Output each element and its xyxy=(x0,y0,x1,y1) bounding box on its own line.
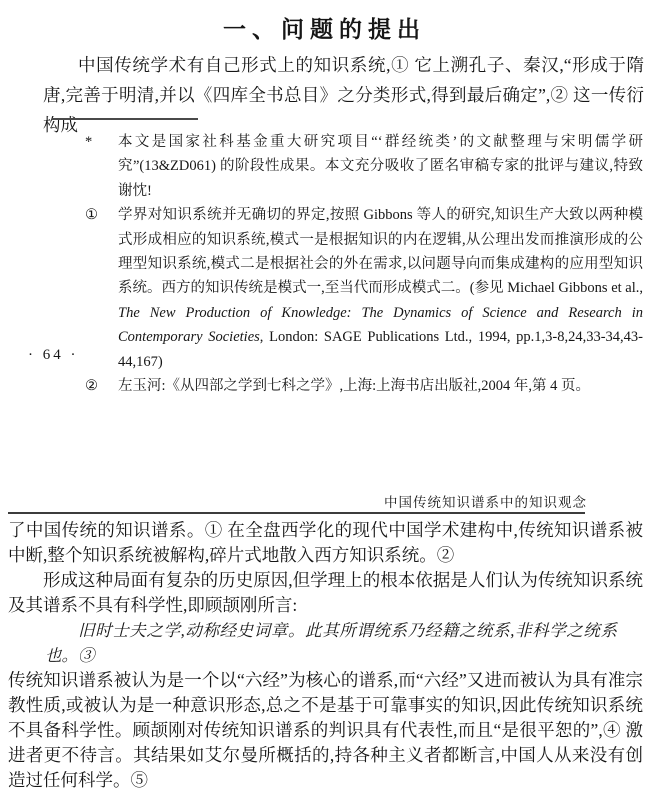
section-heading: 一、问题的提出 xyxy=(0,11,649,44)
footnote-star-text: 本文是国家社科基金重大研究项目“‘群经统类’的文献整理与宋明儒学研究”(13&Z… xyxy=(118,130,643,203)
footnote-1-text: 学界对知识系统并无确切的界定,按照 Gibbons 等人的研究,知识生产大致以两… xyxy=(118,203,643,374)
footnote-star: * 本文是国家社科基金重大研究项目“‘群经统类’的文献整理与宋明儒学研究”(13… xyxy=(85,130,643,203)
paragraph-reason: 形成这种局面有复杂的历史原因,但学理上的根本依据是人们认为传统知识系统及其谱系不… xyxy=(8,568,643,618)
footnote-marker-2: ② xyxy=(85,374,118,398)
paragraph-continuation: 了中国传统的知识谱系。① 在全盘西学化的现代中国学术建构中,传统知识谱系被中断,… xyxy=(8,518,643,568)
paragraph-conclusion: 传统知识谱系被认为是一个以“六经”为核心的谱系,而“六经”又进而被认为具有准宗教… xyxy=(8,668,643,789)
running-header: 中国传统知识谱系中的知识观念 xyxy=(8,491,587,511)
scanned-paper: { "page1": { "section_heading": "一、问题的提出… xyxy=(0,0,649,789)
page-number: · 64 · xyxy=(28,347,79,364)
running-header-rule xyxy=(8,512,585,514)
footnotes-block: * 本文是国家社科基金重大研究项目“‘群经统类’的文献整理与宋明儒学研究”(13… xyxy=(85,130,643,398)
page-2-body: 了中国传统的知识谱系。① 在全盘西学化的现代中国学术建构中,传统知识谱系被中断,… xyxy=(8,518,643,789)
body-paragraph: 中国传统学术有自己形式上的知识系统,① 它上溯孔子、秦汉,“形成于隋唐,完善于明… xyxy=(43,50,644,140)
footnote-marker-1: ① xyxy=(85,203,118,374)
footnote-1: ① 学界对知识系统并无确切的界定,按照 Gibbons 等人的研究,知识生产大致… xyxy=(85,203,643,374)
block-quote: 旧时士夫之学,动称经史词章。此其所谓统系乃经籍之统系,非科学之统系也。③ xyxy=(45,618,617,668)
footnote-2: ② 左玉河:《从四部之学到七科之学》,上海:上海书店出版社,2004 年,第 4… xyxy=(85,374,643,398)
footnote-marker-star: * xyxy=(85,130,118,203)
footnote-1-text-lead: 学界对知识系统并无确切的界定,按照 Gibbons 等人的研究,知识生产大致以两… xyxy=(118,207,643,296)
footnote-separator-rule xyxy=(52,118,198,120)
footnote-2-text: 左玉河:《从四部之学到七科之学》,上海:上海书店出版社,2004 年,第 4 页… xyxy=(118,374,643,398)
